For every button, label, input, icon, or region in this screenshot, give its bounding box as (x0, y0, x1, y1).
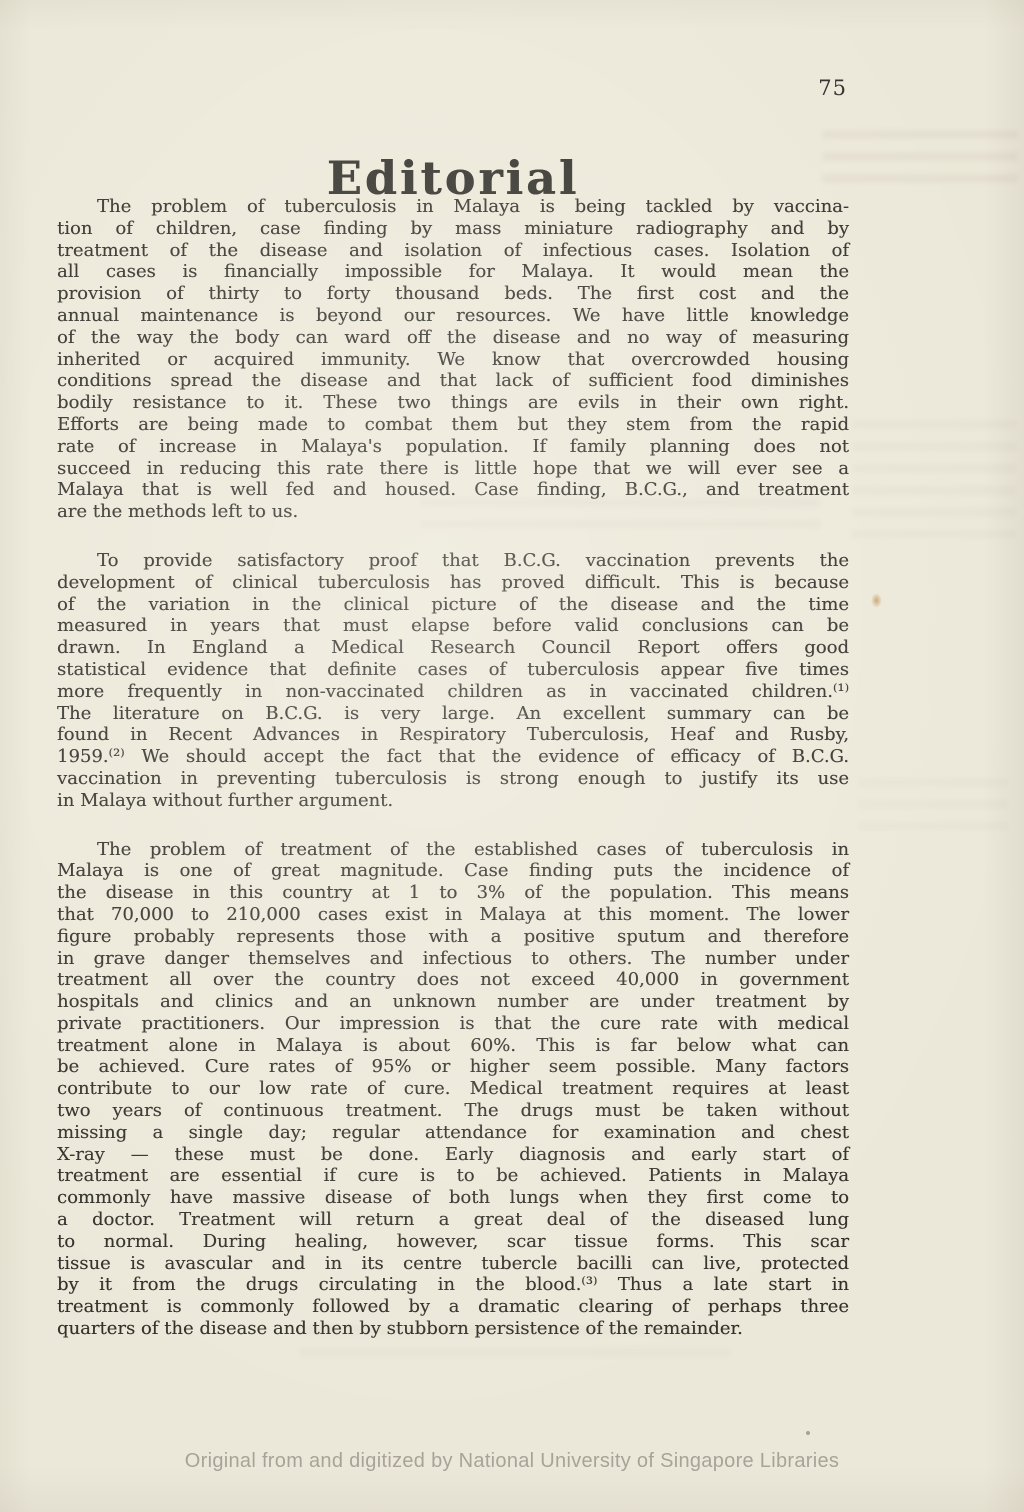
text-line: commonly have massive disease of both lu… (57, 1187, 849, 1209)
text-line: Malaya is one of great magnitude. Case f… (57, 860, 849, 882)
text-line: bodily resistance to it. These two thing… (57, 392, 849, 414)
text-line: two years of continuous treatment. The d… (57, 1100, 849, 1122)
reverse-page-bleedthrough (822, 130, 1018, 196)
foxing-spot (871, 593, 882, 608)
text-line: by it from the drugs circulating in the … (57, 1274, 849, 1296)
text-line: to normal. During healing, however, scar… (57, 1231, 849, 1253)
text-line: of the way the body can ward off the dis… (57, 327, 849, 349)
text-line: private practitioners. Our impression is… (57, 1013, 849, 1035)
text-line: figure probably represents those with a … (57, 926, 849, 948)
text-line: missing a single day; regular attendance… (57, 1122, 849, 1144)
text-line: are the methods left to us. (57, 501, 849, 523)
text-line: 1959.⁽²⁾ We should accept the fact that … (57, 746, 849, 768)
text-line: succeed in reducing this rate there is l… (57, 458, 849, 480)
text-line: that 70,000 to 210,000 cases exist in Ma… (57, 904, 849, 926)
page-number: 75 (818, 76, 847, 100)
text-line: rate of increase in Malaya's population.… (57, 436, 849, 458)
text-line: treatment alone in Malaya is about 60%. … (57, 1035, 849, 1057)
text-line: contribute to our low rate of cure. Medi… (57, 1078, 849, 1100)
reverse-page-bleedthrough (858, 778, 1008, 830)
text-line: of the variation in the clinical picture… (57, 594, 849, 616)
text-line: treatment is commonly followed by a dram… (57, 1296, 849, 1318)
text-line: The problem of tuberculosis in Malaya is… (57, 196, 849, 218)
text-line: annual maintenance is beyond our resourc… (57, 305, 849, 327)
text-line: be achieved. Cure rates of 95% or higher… (57, 1056, 849, 1078)
reverse-page-bleedthrough (852, 420, 1016, 538)
text-line: the disease in this country at 1 to 3% o… (57, 882, 849, 904)
text-line: Efforts are being made to combat them bu… (57, 414, 849, 436)
text-line: To provide satisfactory proof that B.C.G… (57, 550, 849, 572)
text-line: treatment all over the country does not … (57, 969, 849, 991)
body-text: The problem of tuberculosis in Malaya is… (57, 196, 849, 1340)
text-line: tissue is avascular and in its centre tu… (57, 1253, 849, 1275)
text-line: hospitals and clinics and an unknown num… (57, 991, 849, 1013)
text-line: treatment of the disease and isolation o… (57, 240, 849, 262)
text-line: provision of thirty to forty thousand be… (57, 283, 849, 305)
text-line: The problem of treatment of the establis… (57, 839, 849, 861)
text-line: X-ray — these must be done. Early diagno… (57, 1144, 849, 1166)
text-line: more frequently in non-vaccinated childr… (57, 681, 849, 703)
text-line: tion of children, case finding by mass m… (57, 218, 849, 240)
text-line: vaccination in preventing tuberculosis i… (57, 768, 849, 790)
digitization-credit: Original from and digitized by National … (0, 1450, 1024, 1473)
paragraph: The problem of treatment of the establis… (57, 839, 849, 1340)
text-line: The literature on B.C.G. is very large. … (57, 703, 849, 725)
text-line: conditions spread the disease and that l… (57, 370, 849, 392)
text-line: measured in years that must elapse befor… (57, 615, 849, 637)
text-line: treatment are essential if cure is to be… (57, 1165, 849, 1187)
text-line: development of clinical tuberculosis has… (57, 572, 849, 594)
text-line: quarters of the disease and then by stub… (57, 1318, 849, 1340)
text-line: all cases is financially impossible for … (57, 261, 849, 283)
text-line: found in Recent Advances in Respiratory … (57, 724, 849, 746)
paragraph: The problem of tuberculosis in Malaya is… (57, 196, 849, 523)
paper-speck (806, 1431, 810, 1435)
paragraph: To provide satisfactory proof that B.C.G… (57, 550, 849, 812)
text-line: a doctor. Treatment will return a great … (57, 1209, 849, 1231)
text-line: inherited or acquired immunity. We know … (57, 349, 849, 371)
text-line: statistical evidence that definite cases… (57, 659, 849, 681)
text-line: in grave danger themselves and infectiou… (57, 948, 849, 970)
text-line: drawn. In England a Medical Research Cou… (57, 637, 849, 659)
text-line: in Malaya without further argument. (57, 790, 849, 812)
text-line: Malaya that is well fed and housed. Case… (57, 479, 849, 501)
